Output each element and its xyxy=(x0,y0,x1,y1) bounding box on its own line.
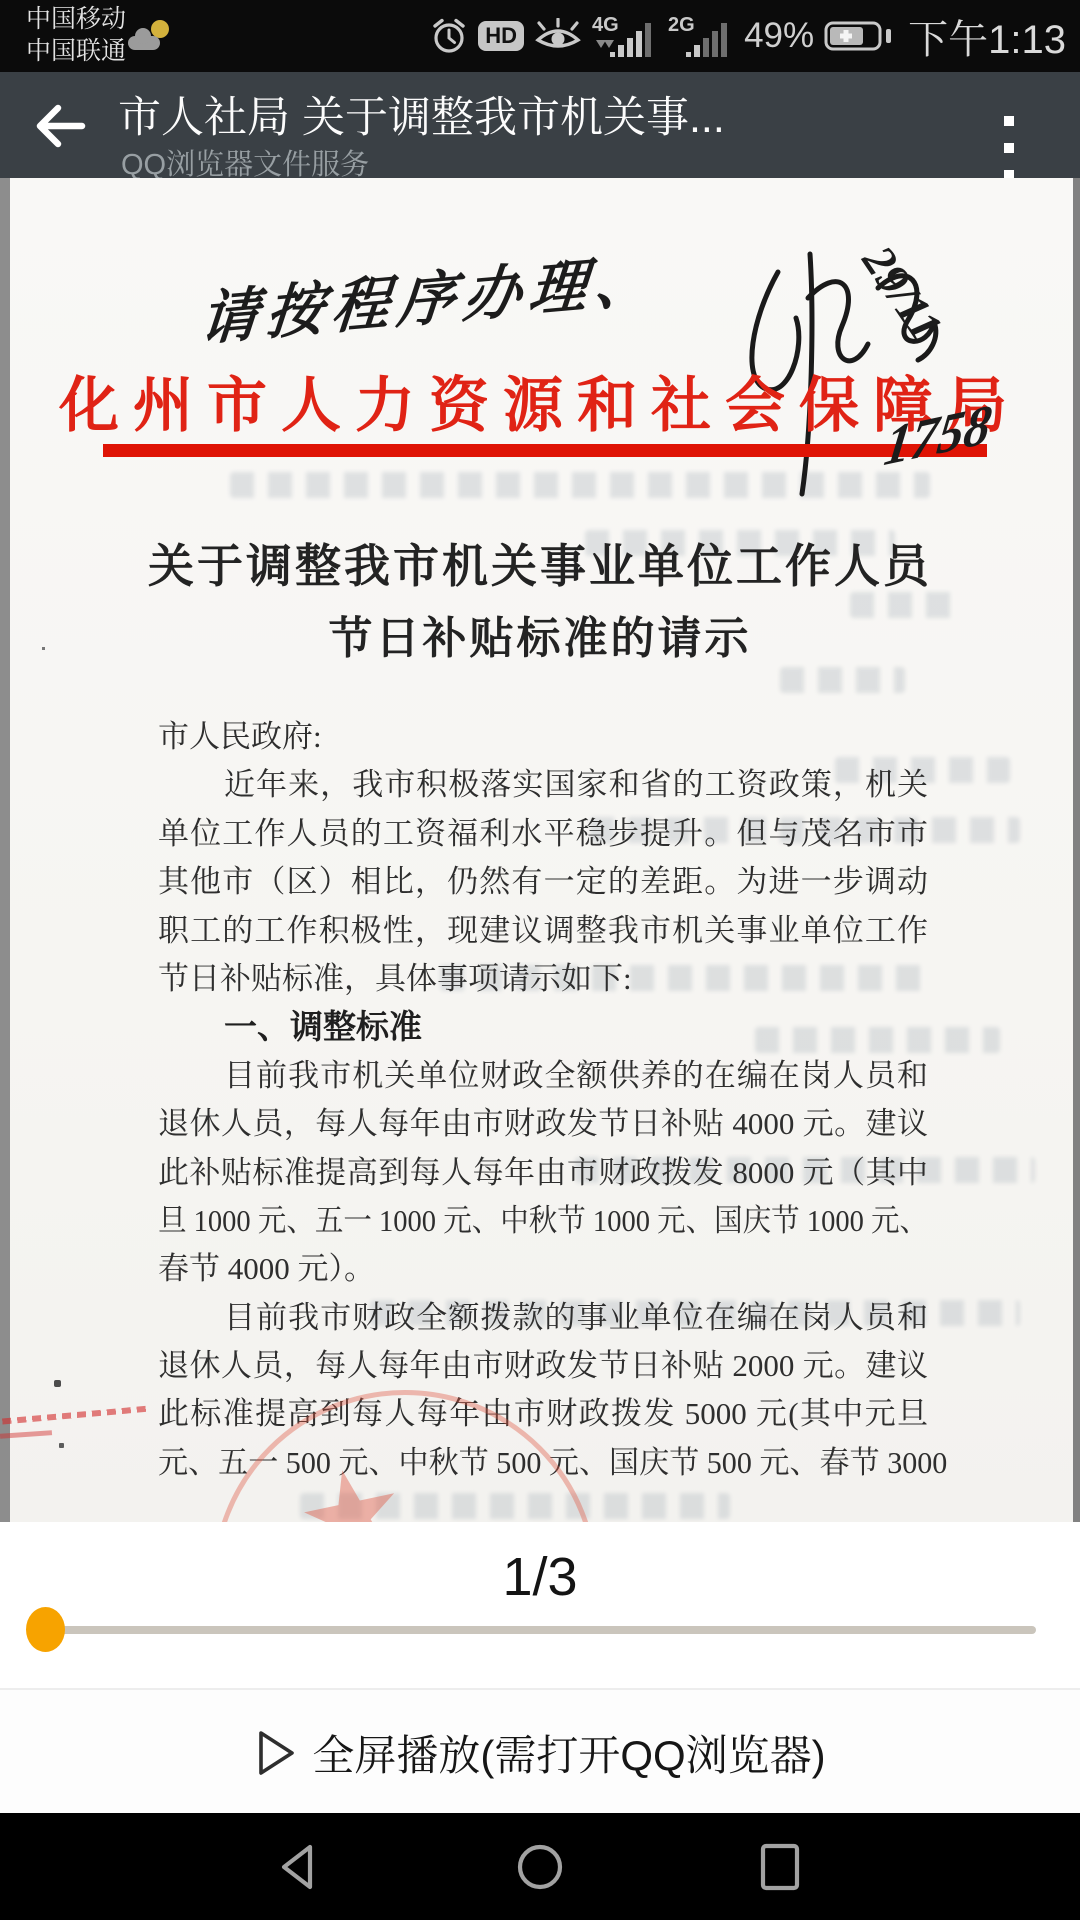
signal-2g-icon: 2G xyxy=(668,14,734,58)
doc-body-line: 退休人员，每人每年由市财政发节日补贴 4000 元。建议将 xyxy=(158,1100,928,1148)
page-slider-thumb[interactable] xyxy=(26,1607,65,1652)
fullscreen-play-button[interactable]: 全屏播放(需打开QQ浏览器) xyxy=(0,1688,1080,1815)
doc-body-line: 节日补贴标准，具体事项请示如下: xyxy=(158,955,928,1003)
document-page[interactable]: 请按程序办理、 29/11 1758 化州市人力资源和社会保障局 关于调整我市机… xyxy=(0,178,1080,1523)
android-nav-bar xyxy=(0,1813,1080,1920)
handwritten-note: 请按程序办理、 xyxy=(197,231,665,356)
doc-body-line: 市人民政府: xyxy=(158,713,928,761)
battery-percent: 49% xyxy=(744,16,814,56)
doc-body-line: 退休人员，每人每年由市财政发节日补贴 2000 元。建议将 xyxy=(158,1342,928,1390)
bleedthrough-smudge xyxy=(780,667,905,693)
cloud-icon xyxy=(128,36,160,50)
document-title-line1: 关于调整我市机关事业单位工作人员 xyxy=(0,530,1080,596)
doc-body-line: 单位工作人员的工资福利水平稳步提升。但与茂名市市直及 xyxy=(158,810,928,858)
doc-body-line: 此标准提高到每人每年由市财政拨发 5000 元(其中元旦 500 xyxy=(158,1390,928,1438)
status-icons: HD 4G 2G 4 xyxy=(430,0,1066,72)
play-outline-icon xyxy=(254,1727,298,1779)
eye-protection-icon xyxy=(534,18,582,54)
network-b-label: 2G xyxy=(668,14,695,36)
page-indicator: 1/3 xyxy=(0,1546,1080,1608)
file-title: 市人社局 关于调整我市机关事... xyxy=(118,84,978,145)
file-viewer-header: 市人社局 关于调整我市机关事... QQ浏览器文件服务 xyxy=(0,72,1080,178)
phone-screen: 中国移动 中国联通 HD 4G xyxy=(0,0,1080,1920)
carrier-labels: 中国移动 中国联通 xyxy=(26,3,126,67)
document-title-line2: 节日补贴标准的请示 xyxy=(0,602,1080,666)
battery-icon xyxy=(824,16,894,56)
doc-body-line: 职工的工作积极性，现建议调整我市机关事业单位工作人员 xyxy=(158,907,928,955)
nav-recents-icon xyxy=(754,1841,806,1893)
doc-body-line: 近年来，我市积极落实国家和省的工资政策，机关事业 xyxy=(158,761,928,809)
doc-body-line: 此补贴标准提高到每人每年由市财政拨发 8000 元（其中元 xyxy=(158,1149,928,1197)
pager-panel: 1/3 xyxy=(0,1522,1080,1688)
clock-time: 下午1:13 xyxy=(908,8,1066,65)
carrier-1: 中国移动 xyxy=(26,3,126,35)
fullscreen-play-label: 全屏播放(需打开QQ浏览器) xyxy=(312,1723,825,1783)
paper-speck xyxy=(54,1380,61,1387)
letterhead-rule xyxy=(103,444,987,457)
hd-badge: HD xyxy=(478,21,524,51)
nav-recents-button[interactable] xyxy=(660,1841,900,1893)
nav-back-button[interactable] xyxy=(180,1841,420,1893)
doc-body-line: 目前我市机关单位财政全额供养的在编在岗人员和离 xyxy=(158,1052,928,1100)
nav-back-icon xyxy=(274,1841,326,1893)
signal-4g-icon: 4G xyxy=(592,14,658,58)
network-a-label: 4G xyxy=(592,14,619,36)
doc-body-line: 一、调整标准 xyxy=(158,1003,928,1051)
doc-body-line: 其他市（区）相比，仍然有一定的差距。为进一步调动干部 xyxy=(158,858,928,906)
red-pen-streak xyxy=(2,1406,150,1425)
alarm-clock-icon xyxy=(430,17,468,55)
doc-body-line: 旦 1000 元、五一 1000 元、中秋节 1000 元、国庆节 1000 元… xyxy=(158,1197,866,1245)
doc-body-line: 目前我市财政全额拨款的事业单位在编在岗人员和离 xyxy=(158,1294,928,1342)
weather-cloud-icon xyxy=(128,20,172,50)
doc-body-lines: 市人民政府:近年来，我市积极落实国家和省的工资政策，机关事业单位工作人员的工资福… xyxy=(158,713,928,1487)
page-slider-track[interactable] xyxy=(44,1626,1036,1634)
carrier-2: 中国联通 xyxy=(26,35,126,67)
nav-home-button[interactable] xyxy=(420,1841,660,1893)
status-bar: 中国移动 中国联通 HD 4G xyxy=(0,0,1080,72)
back-arrow-icon[interactable] xyxy=(30,96,90,156)
nav-home-icon xyxy=(514,1841,566,1893)
doc-body-line: 春节 4000 元）。 xyxy=(158,1245,928,1293)
file-source-label: QQ浏览器文件服务 xyxy=(121,142,369,183)
